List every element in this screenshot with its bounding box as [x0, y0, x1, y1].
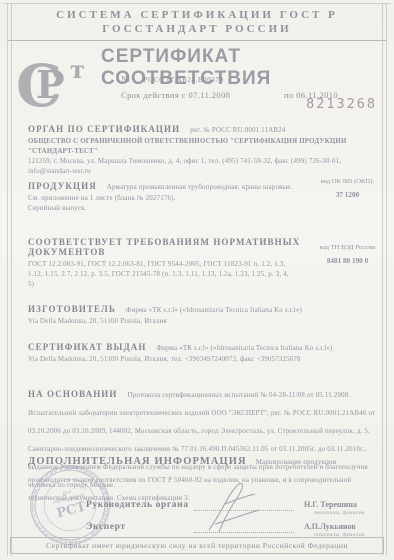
svg-text:Р: Р	[36, 62, 65, 107]
head-name-caption: инициалы, фамилия	[314, 510, 364, 516]
number-value: РОСС IT.АВ24.В00370	[144, 76, 224, 84]
issued-to-label: СЕРТИФИКАТ ВЫДАН	[28, 342, 146, 352]
head-signature-line	[194, 510, 294, 511]
section-issued-to: СЕРТИФИКАТ ВЫДАН Фирма «ТК s.r.l» («Idro…	[28, 337, 378, 365]
product-line-1: Арматура промышленная трубопроводная: кр…	[107, 184, 293, 191]
okp-code-label: код ОК 005 (ОКП):	[321, 178, 374, 185]
product-line-2: См. приложение на 1 листе (бланк № 20271…	[28, 194, 290, 204]
section-certification-body: ОРГАН ПО СЕРТИФИКАЦИИ рег. № РОСС RU.000…	[28, 119, 378, 177]
rst-mark-icon: С Р т	[14, 52, 94, 114]
head-role-label: Руководитель органа	[86, 500, 189, 510]
section-product: ПРОДУКЦИЯ Арматура промышленная трубопро…	[28, 176, 378, 214]
certificate-number-row: №РОСС IT.АВ24.В00370	[121, 74, 224, 84]
section-conforms: СООТВЕТСТВУЕТ ТРЕБОВАНИЯМ НОРМАТИВНЫХ ДО…	[28, 237, 378, 290]
top-border	[3, 3, 391, 4]
product-code: код ОК 005 (ОКП): 37 1200	[300, 178, 394, 199]
expert-role-label: Эксперт	[86, 522, 126, 532]
svg-text:т: т	[70, 55, 85, 84]
expert-signature-line	[194, 532, 294, 533]
tnved-code-label: код ТН ВЭД России	[320, 244, 376, 251]
blank-form-number: 8213268	[306, 96, 377, 112]
signature-row-head: Руководитель органа Н.Г. Терешина инициа…	[86, 500, 378, 522]
basis-label: НА ОСНОВАНИИ	[28, 389, 118, 399]
okp-code-value: 37 1200	[300, 191, 394, 199]
organ-name: ОБЩЕСТВО С ОГРАНИЧЕННОЙ ОТВЕТСТВЕННОСТЬЮ…	[28, 137, 378, 157]
product-line-3: Серийный выпуск.	[28, 204, 290, 214]
manufacturer-address: Via Della Madonna, 20, 51100 Pistola, Ит…	[28, 317, 378, 327]
header-line-1: СИСТЕМА СЕРТИФИКАЦИИ ГОСТ Р	[0, 9, 394, 21]
organ-reg-number: рег. № РОСС RU.0001.11АВ24	[190, 127, 285, 134]
number-label: №	[121, 74, 130, 84]
organ-address: 121359, г. Москва, ул. Маршала Тимошенко…	[28, 157, 378, 167]
conforms-documents: ГОСТ 12.2.003-91, ГОСТ 12.2.063-81, ГОСТ…	[28, 260, 290, 290]
certificate-page: СИСТЕМА СЕРТИФИКАЦИИ ГОСТ Р ГОССТАНДАРТ …	[0, 0, 394, 560]
header-divider	[8, 40, 386, 41]
validity-row: Срок действия с 07.11.2008 по 06.11.2010	[121, 90, 230, 100]
conforms-code: код ТН ВЭД России 8481 80 190 0	[300, 244, 394, 265]
manufacturer-name: Фирма «ТК s.r.l» («Idrosanitaria Tecnica…	[126, 307, 302, 314]
header-line-2: ГОССТАНДАРТ РОССИИ	[0, 23, 394, 35]
expert-name: А.П.Лукьянов	[304, 522, 356, 531]
tnved-code-value: 8481 80 190 0	[300, 257, 394, 265]
issued-to-name: Фирма «ТК s.r.l» («Idrosanitaria Tecnica…	[156, 345, 332, 352]
issued-to-address: Via Della Madonna, 20, 51100 Pistola, Ит…	[28, 355, 378, 365]
manufacturer-label: ИЗГОТОВИТЕЛЬ	[28, 304, 116, 314]
product-label: ПРОДУКЦИЯ	[28, 181, 97, 191]
validity-from: Срок действия с 07.11.2008	[121, 90, 230, 100]
organ-label: ОРГАН ПО СЕРТИФИКАЦИИ	[28, 124, 180, 134]
head-name: Н.Г. Терешина	[304, 500, 357, 509]
legal-validity-note: Сертификат имеет юридическую силу на все…	[10, 537, 384, 554]
section-manufacturer: ИЗГОТОВИТЕЛЬ Фирма «ТК s.r.l» («Idrosani…	[28, 299, 378, 327]
